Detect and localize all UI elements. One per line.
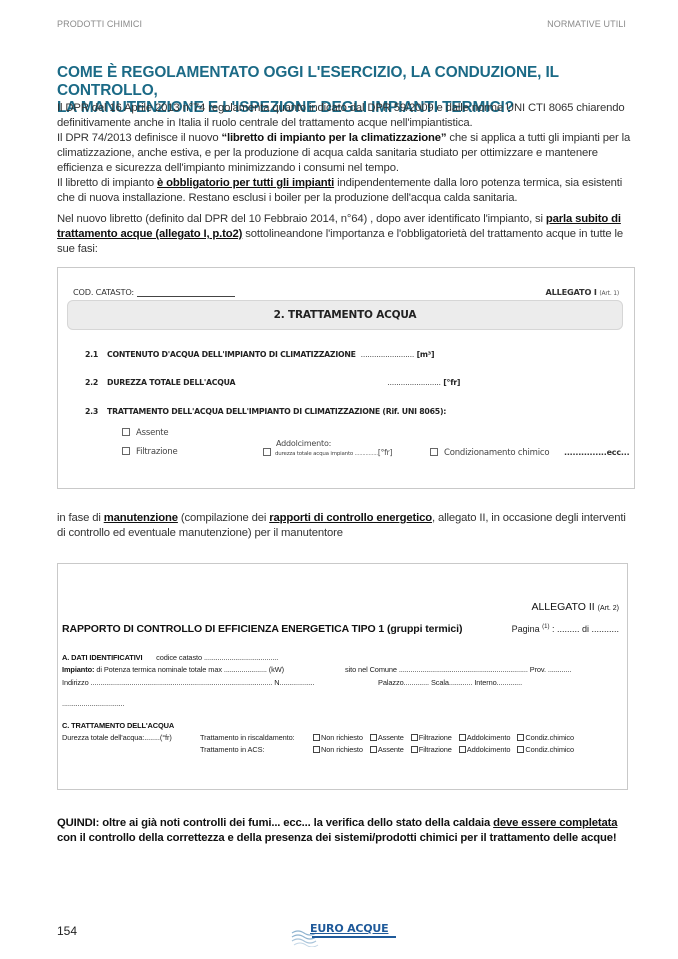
option-detail: durezza totale acqua impianto ..........…: [275, 451, 378, 457]
trattamento-riscaldamento-label: Trattamento in riscaldamento:: [200, 733, 295, 742]
checkbox-icon: [122, 447, 130, 455]
option-assente: Assente: [122, 428, 168, 438]
form-row-2-3: 2.3TRATTAMENTO DELL'ACQUA DELL'IMPIANTO …: [85, 407, 446, 416]
acs-checkboxes: Non richiesto Assente Filtrazione Addolc…: [308, 745, 574, 754]
checkbox-icon: [411, 734, 418, 741]
dati-identificativi-line: A. DATI IDENTIFICATIVI codice catasto ..…: [62, 653, 278, 662]
pagina-footnote: (1): [542, 624, 549, 630]
check-label: Condiz.chimico: [525, 733, 574, 742]
durezza-field: Durezza totale dell'acqua:........(°fr): [62, 733, 172, 742]
euroacque-logo: EURO ACQUE: [290, 921, 400, 947]
palazzo-field: Palazzo............. Scala............ I…: [378, 678, 522, 687]
intro-sentence-2: Il DPR 74/2013 definisce il nuovo “libre…: [57, 131, 634, 176]
checkbox-icon: [459, 746, 466, 753]
riscaldamento-checkboxes: Non richiesto Assente Filtrazione Addolc…: [308, 733, 574, 742]
text-run: con il controllo della correttezza e del…: [57, 832, 617, 844]
section-title-band: 2. TRATTAMENTO ACQUA: [67, 300, 623, 330]
checkbox-icon: [517, 746, 524, 753]
check-label: Filtrazione: [419, 745, 452, 754]
pagina-field: Pagina (1) : ......... di ...........: [512, 624, 619, 634]
check-label: Non richiesto: [321, 733, 363, 742]
libretto-emphasis: “libretto di impianto per la climatizzaz…: [221, 132, 446, 144]
checkbox-icon: [370, 746, 377, 753]
rapporti-emphasis: rapporti di controllo energetico: [269, 512, 432, 524]
intro-sentence-3: Il libretto di impianto è obbligatorio p…: [57, 176, 634, 206]
section-c-heading: C. TRATTAMENTO DELL'ACQUA: [62, 721, 174, 730]
dots-line: ................................: [62, 699, 125, 708]
checkbox-icon: [459, 734, 466, 741]
row-label: TRATTAMENTO DELL'ACQUA DELL'IMPIANTO DI …: [107, 407, 446, 416]
allegato-text: ALLEGATO I: [545, 287, 596, 297]
option-ecc: ...............ecc...: [564, 448, 629, 457]
option-addolcimento: durezza totale acqua impianto ..........…: [263, 448, 392, 457]
check-label: Filtrazione: [419, 733, 452, 742]
checkbox-icon: [517, 734, 524, 741]
cod-catasto-line: [137, 296, 235, 297]
allegato-ii-label: ALLEGATO II (Art. 2): [531, 601, 619, 613]
checkbox-icon: [263, 448, 271, 456]
pagina-label: Pagina: [512, 624, 540, 634]
row-number: 2.3: [85, 407, 107, 416]
row-unit: [°fr]: [443, 378, 460, 387]
trattamento-acs-label: Trattamento in ACS:: [200, 745, 264, 754]
row-label: DUREZZA TOTALE DELL'ACQUA: [107, 378, 235, 387]
check-label: Condiz.chimico: [525, 745, 574, 754]
row-dots: ........................: [361, 350, 414, 359]
allegato-ii-form-excerpt: ALLEGATO II (Art. 2) RAPPORTO DI CONTROL…: [57, 563, 628, 790]
option-addolcimento-label: Addolcimento:: [276, 439, 331, 448]
checkbox-icon: [313, 746, 320, 753]
checkbox-icon: [370, 734, 377, 741]
cod-catasto-field: COD. CATASTO:: [73, 287, 235, 297]
allegato-i-label: ALLEGATO I (Art. 1): [545, 287, 619, 297]
title-line-1: COME È REGOLAMENTATO OGGI L'ESERCIZIO, L…: [57, 64, 637, 99]
section-a-heading: A. DATI IDENTIFICATIVI: [62, 653, 142, 662]
allegato-art: (Art. 1): [599, 290, 619, 297]
pagina-dots: : ......... di ...........: [552, 624, 619, 634]
impianto-label: Impianto:: [62, 665, 94, 674]
section-c-title: C. TRATTAMENTO DELL'ACQUA: [62, 721, 174, 730]
allegato-text: ALLEGATO II: [531, 601, 594, 613]
row-number: 2.1: [85, 350, 107, 359]
check-label: Addolcimento: [467, 733, 511, 742]
sito-field: sito nel Comune ........................…: [345, 665, 571, 674]
allegato-art: (Art. 2): [598, 605, 619, 612]
rapporto-title: RAPPORTO DI CONTROLLO DI EFFICIENZA ENER…: [62, 623, 462, 635]
completata-emphasis: deve essere completata: [493, 817, 617, 829]
page-number: 154: [57, 924, 77, 938]
text-run: (compilazione dei: [178, 512, 269, 524]
row-label: CONTENUTO D'ACQUA DELL'IMPIANTO DI CLIMA…: [107, 350, 356, 359]
intro-paragraph: Il DPR del 16 Aprile 2013 n°74 regolamen…: [57, 101, 634, 206]
option-unit: [°fr]: [378, 448, 392, 457]
impianto-field: di Potenza termica nominale totale max .…: [96, 665, 284, 674]
check-label: Non richiesto: [321, 745, 363, 754]
check-label: Assente: [378, 733, 404, 742]
row-unit: [m³]: [417, 350, 435, 359]
option-label: Assente: [136, 428, 168, 438]
text-run: Il DPR 74/2013 definisce il nuovo: [57, 132, 221, 144]
checkbox-icon: [122, 428, 130, 436]
intro-sentence-1: Il DPR del 16 Aprile 2013 n°74 regolamen…: [57, 101, 634, 131]
cod-catasto-label: COD. CATASTO:: [73, 287, 134, 297]
option-filtrazione: Filtrazione: [122, 447, 177, 457]
option-label: Filtrazione: [136, 447, 177, 457]
manutenzione-emphasis: manutenzione: [104, 512, 178, 524]
form-row-2-1: 2.1CONTENUTO D'ACQUA DELL'IMPIANTO DI CL…: [85, 350, 434, 359]
check-label: Assente: [378, 745, 404, 754]
checkbox-icon: [313, 734, 320, 741]
logo-text: EURO ACQUE: [310, 922, 388, 935]
option-label: Condizionamento chimico: [444, 448, 549, 458]
allegato-i-form-excerpt: COD. CATASTO: ALLEGATO I (Art. 1) 2. TRA…: [57, 267, 635, 489]
check-label: Addolcimento: [467, 745, 511, 754]
codice-catasto-field: codice catasto .........................…: [156, 653, 278, 662]
conclusion-paragraph: QUINDI: oltre ai già noti controlli dei …: [57, 816, 637, 846]
libretto-paragraph: Nel nuovo libretto (definito dal DPR del…: [57, 212, 634, 257]
checkbox-icon: [430, 448, 438, 456]
text-run: QUINDI: oltre ai già noti controlli dei …: [57, 817, 493, 829]
text-run: in fase di: [57, 512, 104, 524]
text-run: Nel nuovo libretto (definito dal DPR del…: [57, 213, 546, 225]
manutenzione-paragraph: in fase di manutenzione (compilazione de…: [57, 511, 634, 541]
running-header-right: NORMATIVE UTILI: [547, 19, 626, 29]
indirizzo-field: Indirizzo ..............................…: [62, 678, 315, 687]
running-header-left: PRODOTTI CHIMICI: [57, 19, 142, 29]
option-condizionamento: Condizionamento chimico: [430, 448, 549, 458]
impianto-line: Impianto: di Potenza termica nominale to…: [62, 665, 284, 674]
obbligatorio-emphasis: è obbligatorio per tutti gli impianti: [157, 177, 334, 189]
row-number: 2.2: [85, 378, 107, 387]
form-row-2-2: 2.2DUREZZA TOTALE DELL'ACQUA............…: [85, 378, 460, 387]
text-run: Il libretto di impianto: [57, 177, 157, 189]
row-dots: ........................: [387, 378, 440, 387]
checkbox-icon: [411, 746, 418, 753]
